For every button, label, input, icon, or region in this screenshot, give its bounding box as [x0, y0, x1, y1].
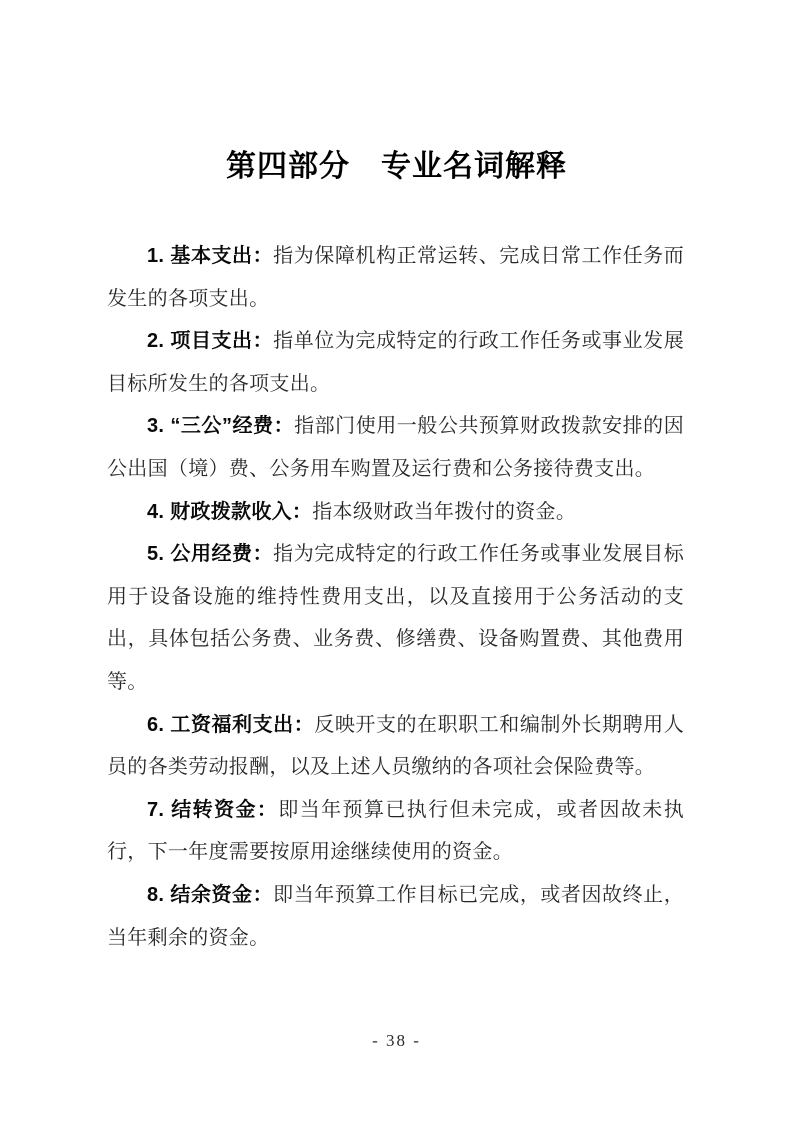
term-paragraph-7: 7. 结转资金：即当年预算已执行但未完成，或者因故未执行，下一年度需要按原用途继…: [107, 789, 684, 874]
document-page: 第四部分 专业名词解释 1. 基本支出：指为保障机构正常运转、完成日常工作任务而…: [0, 0, 793, 1122]
term-paragraph-1: 1. 基本支出：指为保障机构正常运转、完成日常工作任务而发生的各项支出。: [107, 235, 684, 320]
term-paragraph-4: 4. 财政拨款收入：指本级财政当年拨付的资金。: [107, 491, 684, 534]
term-definition: 指为完成特定的行政工作任务或事业发展目标用于设备设施的维持性费用支出，以及直接用…: [107, 543, 684, 693]
term-lead: 3. “三公”经费：: [147, 415, 294, 437]
term-lead: 7. 结转资金：: [147, 799, 278, 821]
term-paragraph-6: 6. 工资福利支出：反映开支的在职职工和编制外长期聘用人员的各类劳动报酬，以及上…: [107, 704, 684, 789]
term-paragraph-5: 5. 公用经费：指为完成特定的行政工作任务或事业发展目标用于设备设施的维持性费用…: [107, 533, 684, 703]
term-lead: 5. 公用经费：: [147, 543, 273, 565]
term-lead: 4. 财政拨款收入：: [147, 501, 312, 523]
terms-section: 1. 基本支出：指为保障机构正常运转、完成日常工作任务而发生的各项支出。 2. …: [107, 235, 684, 959]
term-lead: 8. 结余资金：: [147, 884, 273, 906]
page-title: 第四部分 专业名词解释: [0, 0, 793, 185]
term-paragraph-3: 3. “三公”经费：指部门使用一般公共预算财政拨款安排的因公出国（境）费、公务用…: [107, 405, 684, 490]
term-lead: 1. 基本支出：: [147, 245, 273, 267]
term-paragraph-8: 8. 结余资金：即当年预算工作目标已完成，或者因故终止，当年剩余的资金。: [107, 874, 684, 959]
term-lead: 2. 项目支出：: [147, 330, 273, 352]
term-definition: 指本级财政当年拨付的资金。: [312, 501, 576, 523]
term-paragraph-2: 2. 项目支出：指单位为完成特定的行政工作任务或事业发展目标所发生的各项支出。: [107, 320, 684, 405]
page-number: - 38 -: [0, 1031, 793, 1051]
term-lead: 6. 工资福利支出：: [147, 714, 314, 736]
